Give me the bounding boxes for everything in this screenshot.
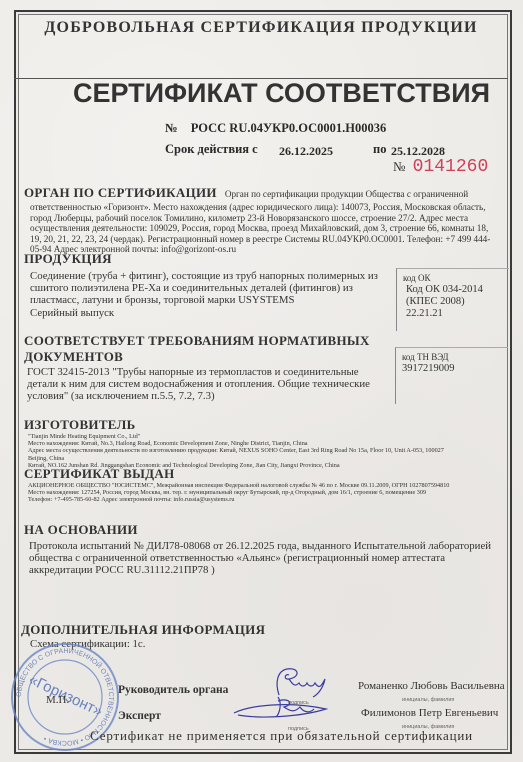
document-title: СЕРТИФИКАТ СООТВЕТСТВИЯ: [0, 78, 523, 109]
head-role: Руководитель органа: [118, 684, 228, 696]
number-value: РОСС RU.04УКР0.ОС0001.Н00036: [191, 121, 387, 135]
section-product: ПРОДУКЦИЯ Соединение (труба + фитинг), с…: [24, 251, 394, 319]
manufacturer-line: "Tianjin Minde Heating Equipment Co., Lt…: [28, 433, 509, 440]
head-name: Романенко Любовь Васильевна: [358, 680, 505, 692]
product-description: Соединение (труба + фитинг), состоящие и…: [24, 270, 394, 319]
head-signature-caption: подпись: [288, 700, 309, 706]
validity-label: Срок действия с: [165, 142, 258, 156]
product-line: Соединение (труба + фитинг), состоящие и…: [30, 270, 394, 282]
certification-body-lead: Орган по сертификации продукции Общества…: [225, 189, 468, 199]
validity-row: Срок действия с 26.12.2025 по 25.12.2028: [165, 142, 505, 157]
system-title: ДОБРОВОЛЬНАЯ СЕРТИФИКАЦИЯ ПРОДУКЦИИ: [14, 19, 508, 37]
product-heading: ПРОДУКЦИЯ: [24, 251, 394, 267]
additional-heading: ДОПОЛНИТЕЛЬНАЯ ИНФОРМАЦИЯ: [21, 622, 321, 638]
section-certification-body: ОРГАН ПО СЕРТИФИКАЦИИ Орган по сертифика…: [24, 184, 502, 255]
basis-line: общества с ограниченной ответственностью…: [29, 552, 509, 564]
product-line: Серийный выпуск: [30, 307, 394, 319]
expert-role: Эксперт: [118, 710, 161, 722]
manufacturer-line: Адрес места осуществления деятельности п…: [28, 447, 509, 454]
requirements-heading: СООТВЕТСТВУЕТ ТРЕБОВАНИЯМ НОРМАТИВНЫХ ДО…: [24, 333, 404, 365]
issued-to-heading: СЕРТИФИКАТ ВЫДАН: [24, 466, 509, 482]
section-issued-to: СЕРТИФИКАТ ВЫДАН АКЦИОНЕРНОЕ ОБЩЕСТВО "Ю…: [24, 466, 509, 504]
issued-to-line: Место нахождения: 127254, Россия, город …: [28, 489, 509, 496]
header-band: ДОБРОВОЛЬНАЯ СЕРТИФИКАЦИЯ ПРОДУКЦИИ: [14, 10, 508, 79]
product-line: пластмасс, латуни и бронзы, торговой мар…: [30, 294, 394, 306]
valid-to-label: по: [373, 142, 386, 157]
requirements-text: ГОСТ 32415-2013 "Трубы напорные из термо…: [24, 366, 404, 403]
certificate-number: № РОСС RU.04УКР0.ОС0001.Н00036: [165, 121, 386, 136]
valid-from: 26.12.2025: [279, 144, 333, 159]
head-name-caption: инициалы, фамилия: [402, 697, 454, 703]
basis-line: Протокола испытаний № ДИЛ78-08068 от 26.…: [29, 540, 509, 552]
section-manufacturer: ИЗГОТОВИТЕЛЬ "Tianjin Minde Heating Equi…: [24, 417, 509, 469]
certification-body-heading: ОРГАН ПО СЕРТИФИКАЦИИ: [24, 185, 217, 200]
serial-value: 0141260: [413, 157, 489, 177]
serial-number: № 0141260: [393, 157, 488, 177]
ok-code-line: Код ОК 034-2014: [403, 284, 503, 296]
expert-signature: [230, 693, 335, 723]
ok-code-line: (КПЕС 2008): [403, 296, 503, 308]
section-basis: НА ОСНОВАНИИ Протокола испытаний № ДИЛ78…: [24, 522, 509, 577]
tnved-code-caption: код ТН ВЭД: [402, 351, 502, 363]
ok-code-box: код ОК Код ОК 034-2014 (КПЕС 2008) 22.21…: [396, 268, 509, 331]
basis-line: аккредитации РОСС RU.31112.21ПР78 ): [29, 564, 509, 576]
manufacturer-heading: ИЗГОТОВИТЕЛЬ: [24, 417, 509, 433]
expert-name: Филимонов Петр Евгеньевич: [361, 707, 498, 719]
requirements-line: ГОСТ 32415-2013 "Трубы напорные из термо…: [27, 366, 404, 378]
manufacturer-line: Beijing, China: [28, 455, 509, 462]
ok-code-line: 22.21.21: [403, 308, 503, 320]
manufacturer-line: Место нахождения: Китай, No.3, Hailong R…: [28, 440, 509, 447]
requirements-line: детали к ним для систем водоснабжения и …: [27, 378, 404, 390]
number-label: №: [165, 121, 178, 135]
section-requirements: СООТВЕТСТВУЕТ ТРЕБОВАНИЯМ НОРМАТИВНЫХ ДО…: [24, 333, 404, 403]
tnved-code-box: код ТН ВЭД 3917219009: [395, 347, 508, 404]
basis-text: Протокола испытаний № ДИЛ78-08068 от 26.…: [24, 540, 509, 577]
stamp-label: М.П.: [46, 694, 69, 706]
requirements-line: условия" (за исключением п.5.5, 7.2, 7.3…: [27, 390, 404, 402]
certificate-page: ДОБРОВОЛЬНАЯ СЕРТИФИКАЦИЯ ПРОДУКЦИИ СЕРТ…: [0, 0, 523, 762]
certification-body-text: ответственностью «Горизонт». Место нахож…: [24, 202, 502, 255]
tnved-code-value: 3917219009: [402, 363, 502, 375]
issued-to-line: Телефон: +7-495-785-60-82 Адрес электрон…: [28, 496, 509, 503]
issued-to-line: АКЦИОНЕРНОЕ ОБЩЕСТВО "ЮСИСТЕМС", Межрайо…: [28, 482, 509, 489]
footer-note: Сертификат не применяется при обязательн…: [0, 728, 523, 744]
issued-to-details: АКЦИОНЕРНОЕ ОБЩЕСТВО "ЮСИСТЕМС", Межрайо…: [24, 482, 509, 504]
ok-code-caption: код ОК: [403, 272, 503, 284]
serial-label: №: [393, 159, 405, 174]
manufacturer-details: "Tianjin Minde Heating Equipment Co., Lt…: [24, 433, 509, 469]
product-line: сшитого полиэтилена PE-Xa и соединительн…: [30, 282, 394, 294]
basis-heading: НА ОСНОВАНИИ: [24, 522, 509, 538]
